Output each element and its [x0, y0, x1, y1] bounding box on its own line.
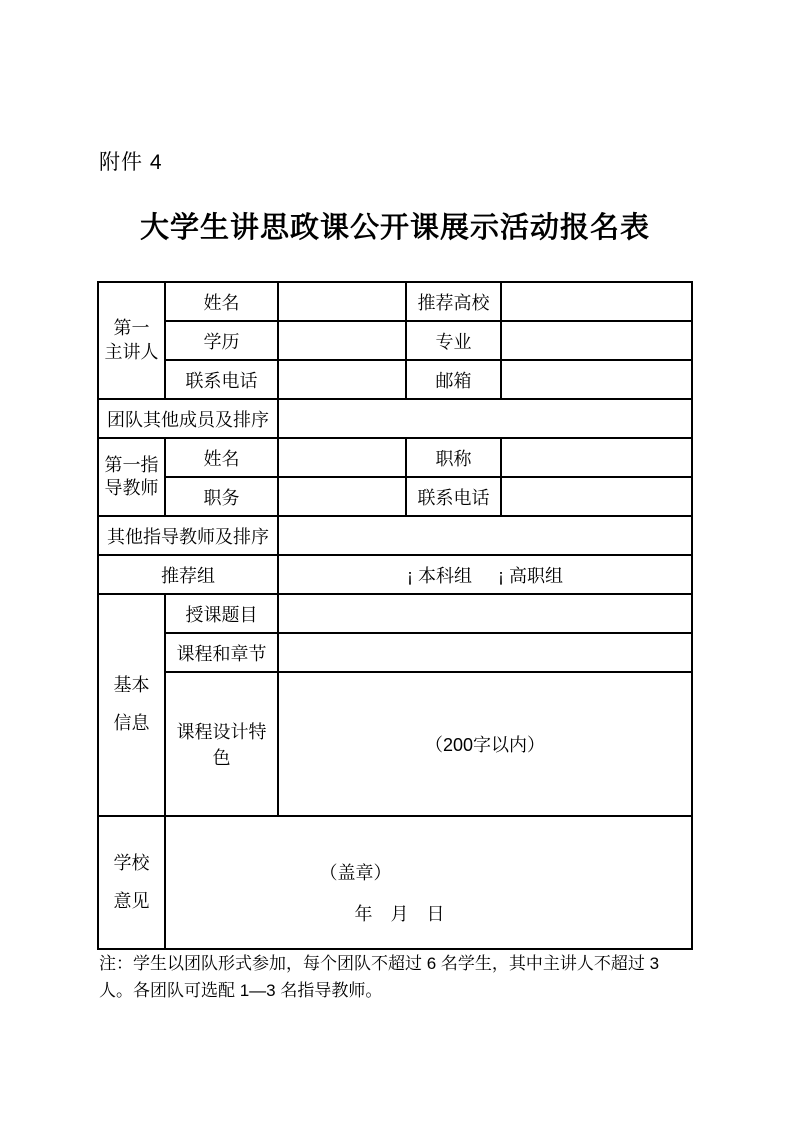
- table-row: 学校 意见 （盖章） 年 月 日: [98, 816, 692, 949]
- recommending-school-field[interactable]: [501, 282, 692, 321]
- team-members-field[interactable]: [278, 399, 692, 438]
- lecturer-email-label: 邮箱: [406, 360, 501, 399]
- table-row: 第一 主讲人 姓名 推荐高校: [98, 282, 692, 321]
- table-row: 推荐组 ¡ 本科组 ¡ 高职组: [98, 555, 692, 594]
- lecturer-major-label: 专业: [406, 321, 501, 360]
- course-chapter-field[interactable]: [278, 633, 692, 672]
- advisor-position-field[interactable]: [278, 477, 406, 516]
- team-members-label: 团队其他成员及排序: [98, 399, 278, 438]
- table-row: 基本 信息 授课题目: [98, 594, 692, 633]
- group-label-first-advisor: 第一指 导教师: [98, 438, 165, 516]
- school-opinion-field[interactable]: （盖章） 年 月 日: [165, 816, 692, 949]
- other-advisors-field[interactable]: [278, 516, 692, 555]
- group-label-basic-info: 基本 信息: [98, 594, 165, 816]
- recommend-group-label: 推荐组: [98, 555, 278, 594]
- lecturer-email-field[interactable]: [501, 360, 692, 399]
- table-row: 学历 专业: [98, 321, 692, 360]
- lecturer-major-field[interactable]: [501, 321, 692, 360]
- recommend-group-options: ¡ 本科组 ¡ 高职组: [278, 555, 692, 594]
- table-row: 联系电话 邮箱: [98, 360, 692, 399]
- course-chapter-label: 课程和章节: [165, 633, 278, 672]
- table-row: 其他指导教师及排序: [98, 516, 692, 555]
- lecture-topic-field[interactable]: [278, 594, 692, 633]
- lecture-topic-label: 授课题目: [165, 594, 278, 633]
- seal-text: （盖章）: [168, 859, 689, 885]
- other-advisors-label: 其他指导教师及排序: [98, 516, 278, 555]
- option-vocational-group[interactable]: ¡ 高职组: [498, 562, 563, 588]
- lecturer-phone-label: 联系电话: [165, 360, 278, 399]
- registration-table: 第一 主讲人 姓名 推荐高校 学历 专业 联系电话 邮箱 团队其他成员及排序 第…: [97, 281, 693, 950]
- lecturer-phone-field[interactable]: [278, 360, 406, 399]
- table-row: 课程设计特色 （200字以内）: [98, 672, 692, 816]
- lecturer-name-field[interactable]: [278, 282, 406, 321]
- advisor-phone-field[interactable]: [501, 477, 692, 516]
- word-limit-hint: （200字以内）: [425, 735, 545, 755]
- page-title: 大学生讲思政课公开课展示活动报名表: [0, 205, 790, 246]
- group-label-school-opinion: 学校 意见: [98, 816, 165, 949]
- table-row: 团队其他成员及排序: [98, 399, 692, 438]
- table-row: 第一指 导教师 姓名 职称: [98, 438, 692, 477]
- recommending-school-label: 推荐高校: [406, 282, 501, 321]
- advisor-name-label: 姓名: [165, 438, 278, 477]
- group-label-first-lecturer: 第一 主讲人: [98, 282, 165, 399]
- advisor-name-field[interactable]: [278, 438, 406, 477]
- design-feature-field[interactable]: （200字以内）: [278, 672, 692, 816]
- attachment-label: 附件 4: [99, 146, 163, 176]
- advisor-title-field[interactable]: [501, 438, 692, 477]
- advisor-phone-label: 联系电话: [406, 477, 501, 516]
- date-text: 年 月 日: [168, 900, 689, 926]
- option-undergraduate-group[interactable]: ¡ 本科组: [407, 562, 472, 588]
- lecturer-degree-label: 学历: [165, 321, 278, 360]
- table-row: 职务 联系电话: [98, 477, 692, 516]
- lecturer-name-label: 姓名: [165, 282, 278, 321]
- footnote: 注：学生以团队形式参加，每个团队不超过 6 名学生，其中主讲人不超过 3 人。各…: [99, 950, 693, 1004]
- design-feature-label: 课程设计特色: [165, 672, 278, 816]
- table-row: 课程和章节: [98, 633, 692, 672]
- advisor-title-label: 职称: [406, 438, 501, 477]
- lecturer-degree-field[interactable]: [278, 321, 406, 360]
- advisor-position-label: 职务: [165, 477, 278, 516]
